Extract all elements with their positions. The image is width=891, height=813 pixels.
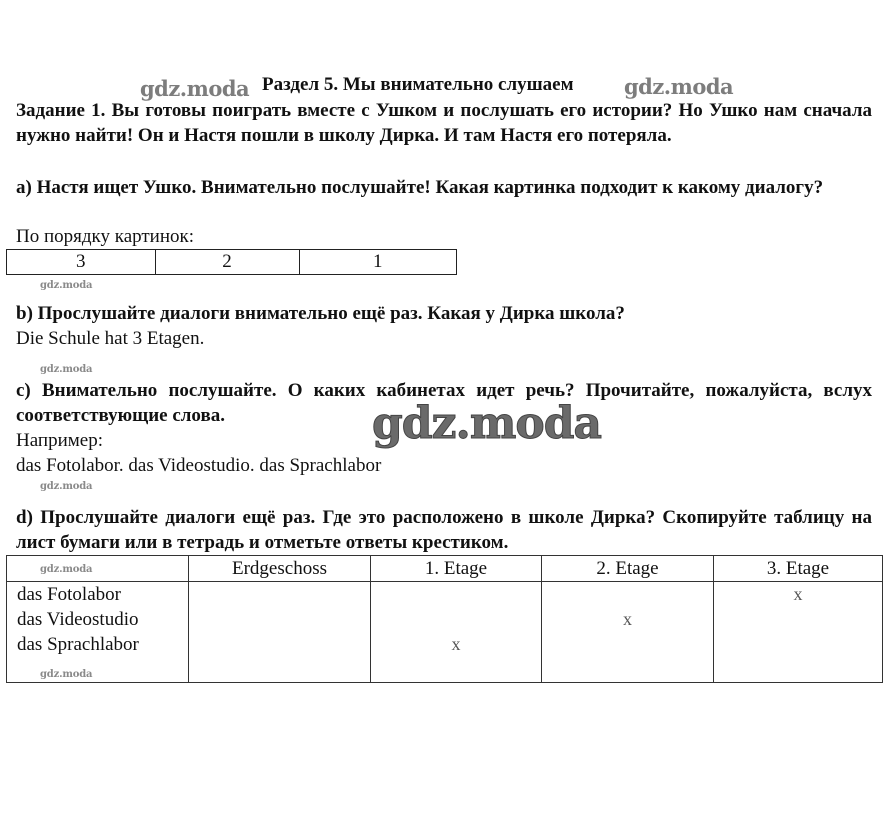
section-a-question: a) Настя ищет Ушко. Внимательно послушай… xyxy=(16,175,872,200)
column-header: 3. Etage xyxy=(714,556,883,582)
row-labels-cell: das Fotolabor das Videostudio das Sprach… xyxy=(7,582,189,683)
page-title: Раздел 5. Мы внимательно слушаем xyxy=(262,74,574,96)
mark: x xyxy=(714,582,882,607)
watermark-big: gdz.moda xyxy=(372,398,601,449)
row-label-sprachlabor: das Sprachlabor xyxy=(17,632,188,657)
mark: x xyxy=(371,632,541,657)
picture-order-table: 3 2 1 xyxy=(6,249,457,275)
column-header: 2. Etage xyxy=(542,556,714,582)
task-intro: Задание 1. Вы готовы поиграть вместе с У… xyxy=(16,98,872,148)
section-d-question: d) Прослушайте диалоги ещё раз. Где это … xyxy=(16,505,872,555)
floor-table: gdz.moda Erdgeschoss 1. Etage 2. Etage 3… xyxy=(6,555,883,683)
mark xyxy=(542,632,713,657)
watermark: gdz.moda xyxy=(40,662,92,687)
col-etage-2: x xyxy=(542,582,714,683)
section-b-question: b) Прослушайте диалоги внимательно ещё р… xyxy=(16,301,872,326)
section-c-answer: das Fotolabor. das Videostudio. das Spra… xyxy=(16,454,381,478)
watermark: gdz.moda xyxy=(40,481,92,492)
mark xyxy=(189,582,370,607)
order-cell: 2 xyxy=(155,250,299,275)
task-label: Задание 1. xyxy=(16,100,105,121)
section-c-example-label: Например: xyxy=(16,429,103,453)
table-corner-cell: gdz.moda xyxy=(7,556,189,582)
mark: x xyxy=(542,607,713,632)
mark xyxy=(371,607,541,632)
mark xyxy=(371,582,541,607)
watermark: gdz.moda xyxy=(40,564,92,575)
mark xyxy=(714,632,882,657)
task-text: Вы готовы поиграть вместе с Ушком и посл… xyxy=(16,100,872,146)
mark xyxy=(189,607,370,632)
col-etage-1: x xyxy=(371,582,542,683)
mark xyxy=(714,607,882,632)
column-header: Erdgeschoss xyxy=(189,556,371,582)
section-b-answer: Die Schule hat 3 Etagen. xyxy=(16,327,204,351)
col-erdgeschoss xyxy=(189,582,371,683)
col-etage-3: x xyxy=(714,582,883,683)
row-label-fotolabor: das Fotolabor xyxy=(17,582,188,607)
order-cell: 1 xyxy=(299,250,457,275)
watermark: gdz.moda xyxy=(40,280,92,291)
column-header: 1. Etage xyxy=(371,556,542,582)
row-label-videostudio: das Videostudio xyxy=(17,607,188,632)
section-a-answer-intro: По порядку картинок: xyxy=(16,225,194,249)
order-cell: 3 xyxy=(7,250,156,275)
watermark: gdz.moda xyxy=(624,74,733,99)
mark xyxy=(189,632,370,657)
watermark: gdz.moda xyxy=(40,364,92,375)
mark xyxy=(542,582,713,607)
